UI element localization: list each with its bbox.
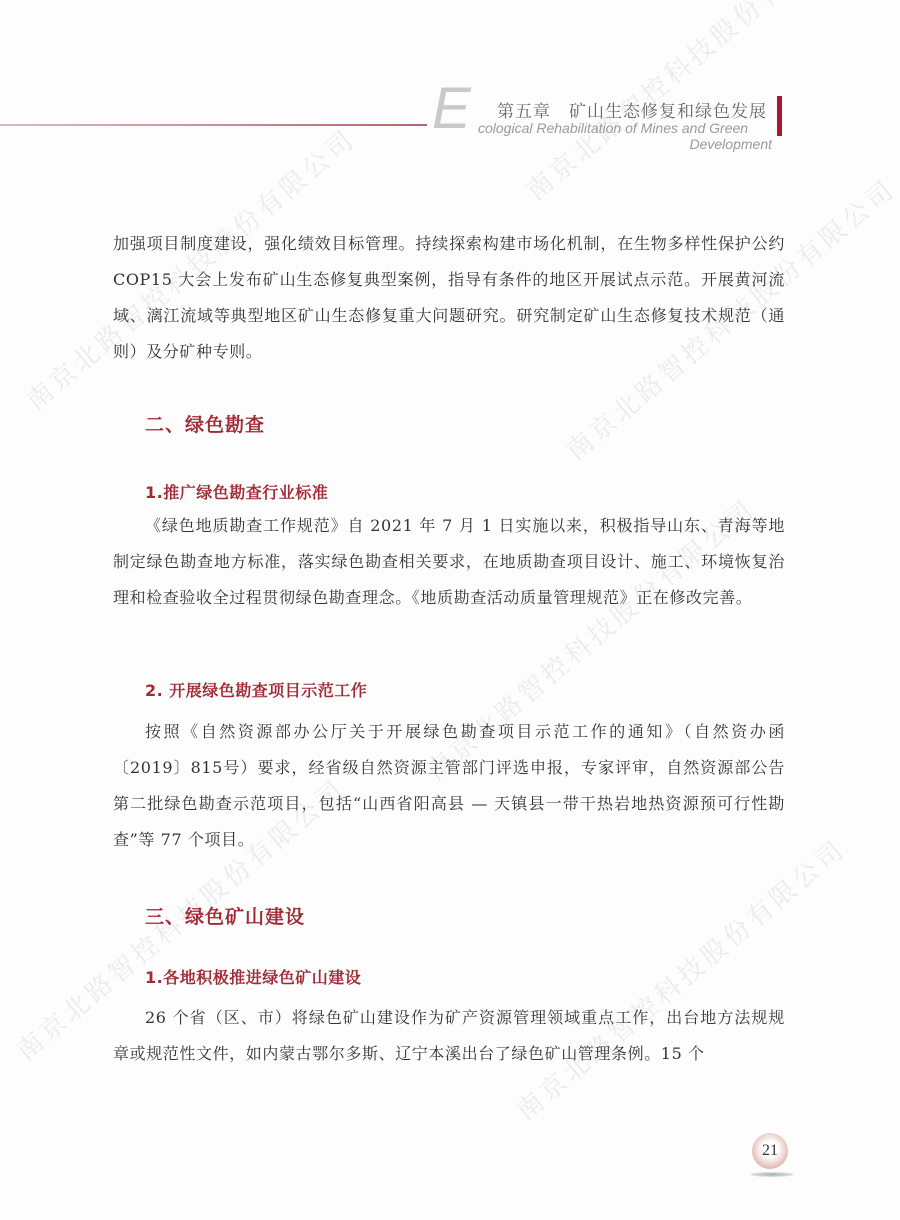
page-number: 21 xyxy=(762,1142,778,1160)
header-rule xyxy=(0,124,427,126)
header-accent-bar xyxy=(777,96,782,136)
section-heading-green-mines: 三、绿色矿山建设 xyxy=(145,902,305,929)
subsection-heading: 1.推广绿色勘查行业标准 xyxy=(145,480,328,503)
paragraph: 按照《自然资源部办公厅关于开展绿色勘查项目示范工作的通知》（自然资办函〔2019… xyxy=(113,714,785,858)
intro-paragraph: 加强项目制度建设，强化绩效目标管理。持续探索构建市场化机制，在生物多样性保护公约… xyxy=(113,226,785,370)
intro-block: 加强项目制度建设，强化绩效目标管理。持续探索构建市场化机制，在生物多样性保护公约… xyxy=(113,226,785,370)
watermark: 南京北路智控科技股份有限公司 xyxy=(507,829,853,1127)
header-initial-letter: E xyxy=(432,80,471,138)
chapter-english-title: cological Rehabilitation of Mines and Gr… xyxy=(478,120,748,136)
section-heading-green-exploration: 二、绿色勘查 xyxy=(145,410,265,437)
subsection-heading: 2. 开展绿色勘查项目示范工作 xyxy=(145,678,367,701)
chapter-title: 第五章 矿山生态修复和绿色发展 xyxy=(497,97,767,122)
subsection-body: 《绿色地质勘查工作规范》自 2021 年 7 月 1 日实施以来，积极指导山东、… xyxy=(113,508,785,616)
chapter-english-title-cont: Development xyxy=(690,136,773,152)
subsection-body: 按照《自然资源部办公厅关于开展绿色勘查项目示范工作的通知》（自然资办函〔2019… xyxy=(113,714,785,858)
page-number-shadow xyxy=(750,1172,794,1177)
page-number-badge: 21 xyxy=(752,1133,788,1169)
paragraph: 26 个省（区、市）将绿色矿山建设作为矿产资源管理领域重点工作，出台地方法规规章… xyxy=(113,1000,785,1072)
paragraph: 《绿色地质勘查工作规范》自 2021 年 7 月 1 日实施以来，积极指导山东、… xyxy=(113,508,785,616)
subsection-heading: 1.各地积极推进绿色矿山建设 xyxy=(145,965,361,988)
subsection-body: 26 个省（区、市）将绿色矿山建设作为矿产资源管理领域重点工作，出台地方法规规章… xyxy=(113,1000,785,1072)
